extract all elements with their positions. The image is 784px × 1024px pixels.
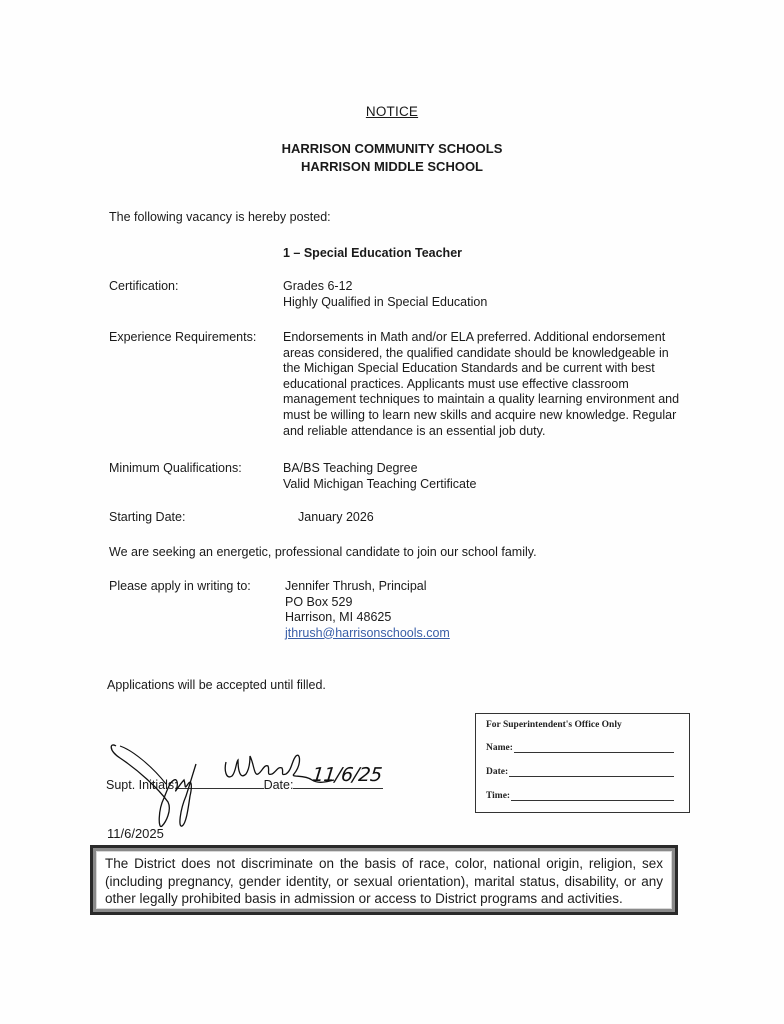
handwritten-date: 11/6/25 — [311, 764, 383, 786]
applications-accepted-note: Applications will be accepted until fill… — [107, 678, 326, 692]
experience-line: areas considered, the qualified candidat… — [283, 346, 673, 362]
office-name-label: Name: — [486, 743, 513, 753]
certification-line: Grades 6-12 — [283, 279, 673, 295]
starting-date-label: Starting Date: — [109, 510, 279, 524]
experience-value: Endorsements in Math and/or ELA preferre… — [283, 330, 673, 439]
school-name: HARRISON MIDDLE SCHOOL — [0, 158, 784, 176]
signature-date-label: Date: — [264, 778, 294, 792]
experience-line: the Michigan Special Education Standards… — [283, 361, 673, 377]
office-time-field: Time: — [486, 791, 674, 801]
office-date-blank — [509, 767, 674, 777]
office-date-field: Date: — [486, 767, 674, 777]
office-name-blank — [514, 743, 674, 753]
address-line-1: PO Box 529 — [285, 595, 675, 611]
apply-label: Please apply in writing to: — [109, 579, 279, 593]
address-line-2: Harrison, MI 48625 — [285, 610, 675, 626]
experience-line: must be willing to learn new skills and … — [283, 408, 673, 424]
seeking-statement: We are seeking an energetic, professiona… — [109, 545, 537, 559]
apply-address: Jennifer Thrush, Principal PO Box 529 Ha… — [285, 579, 675, 641]
experience-line: educational practices. Applicants must u… — [283, 377, 673, 393]
superintendent-office-box: For Superintendent's Office Only Name: D… — [475, 713, 690, 813]
intro-text: The following vacancy is hereby posted: — [109, 210, 331, 224]
minimum-qualifications-label: Minimum Qualifications: — [109, 461, 279, 475]
office-name-field: Name: — [486, 743, 674, 753]
experience-line: Endorsements in Math and/or ELA preferre… — [283, 330, 673, 346]
qualification-line: Valid Michigan Teaching Certificate — [283, 477, 673, 493]
position-title: 1 – Special Education Teacher — [283, 246, 462, 260]
initials-blank — [178, 776, 264, 789]
contact-name: Jennifer Thrush, Principal — [285, 579, 675, 595]
certification-line: Highly Qualified in Special Education — [283, 295, 673, 311]
organization-header: HARRISON COMMUNITY SCHOOLS HARRISON MIDD… — [0, 140, 784, 176]
office-time-label: Time: — [486, 791, 510, 801]
notice-title: NOTICE — [0, 104, 784, 119]
certification-label: Certification: — [109, 279, 279, 293]
minimum-qualifications-value: BA/BS Teaching Degree Valid Michigan Tea… — [283, 461, 673, 492]
office-box-title: For Superintendent's Office Only — [486, 720, 622, 730]
document-page: NOTICE HARRISON COMMUNITY SCHOOLS HARRIS… — [0, 0, 784, 1024]
experience-line: management techniques to maintain a qual… — [283, 392, 673, 408]
experience-line: and reliable attendance is an essential … — [283, 424, 673, 440]
experience-label: Experience Requirements: — [109, 330, 279, 344]
office-date-label: Date: — [486, 767, 508, 777]
non-discrimination-notice: The District does not discriminate on th… — [90, 845, 678, 915]
starting-date-value: January 2026 — [298, 510, 688, 526]
printed-date: 11/6/2025 — [107, 826, 164, 841]
certification-value: Grades 6-12 Highly Qualified in Special … — [283, 279, 673, 310]
qualification-line: BA/BS Teaching Degree — [283, 461, 673, 477]
initials-label: Supt. Initials: — [106, 778, 178, 792]
contact-email-link[interactable]: jthrush@harrisonschools.com — [285, 626, 450, 640]
office-time-blank — [511, 791, 674, 801]
district-name: HARRISON COMMUNITY SCHOOLS — [0, 140, 784, 158]
